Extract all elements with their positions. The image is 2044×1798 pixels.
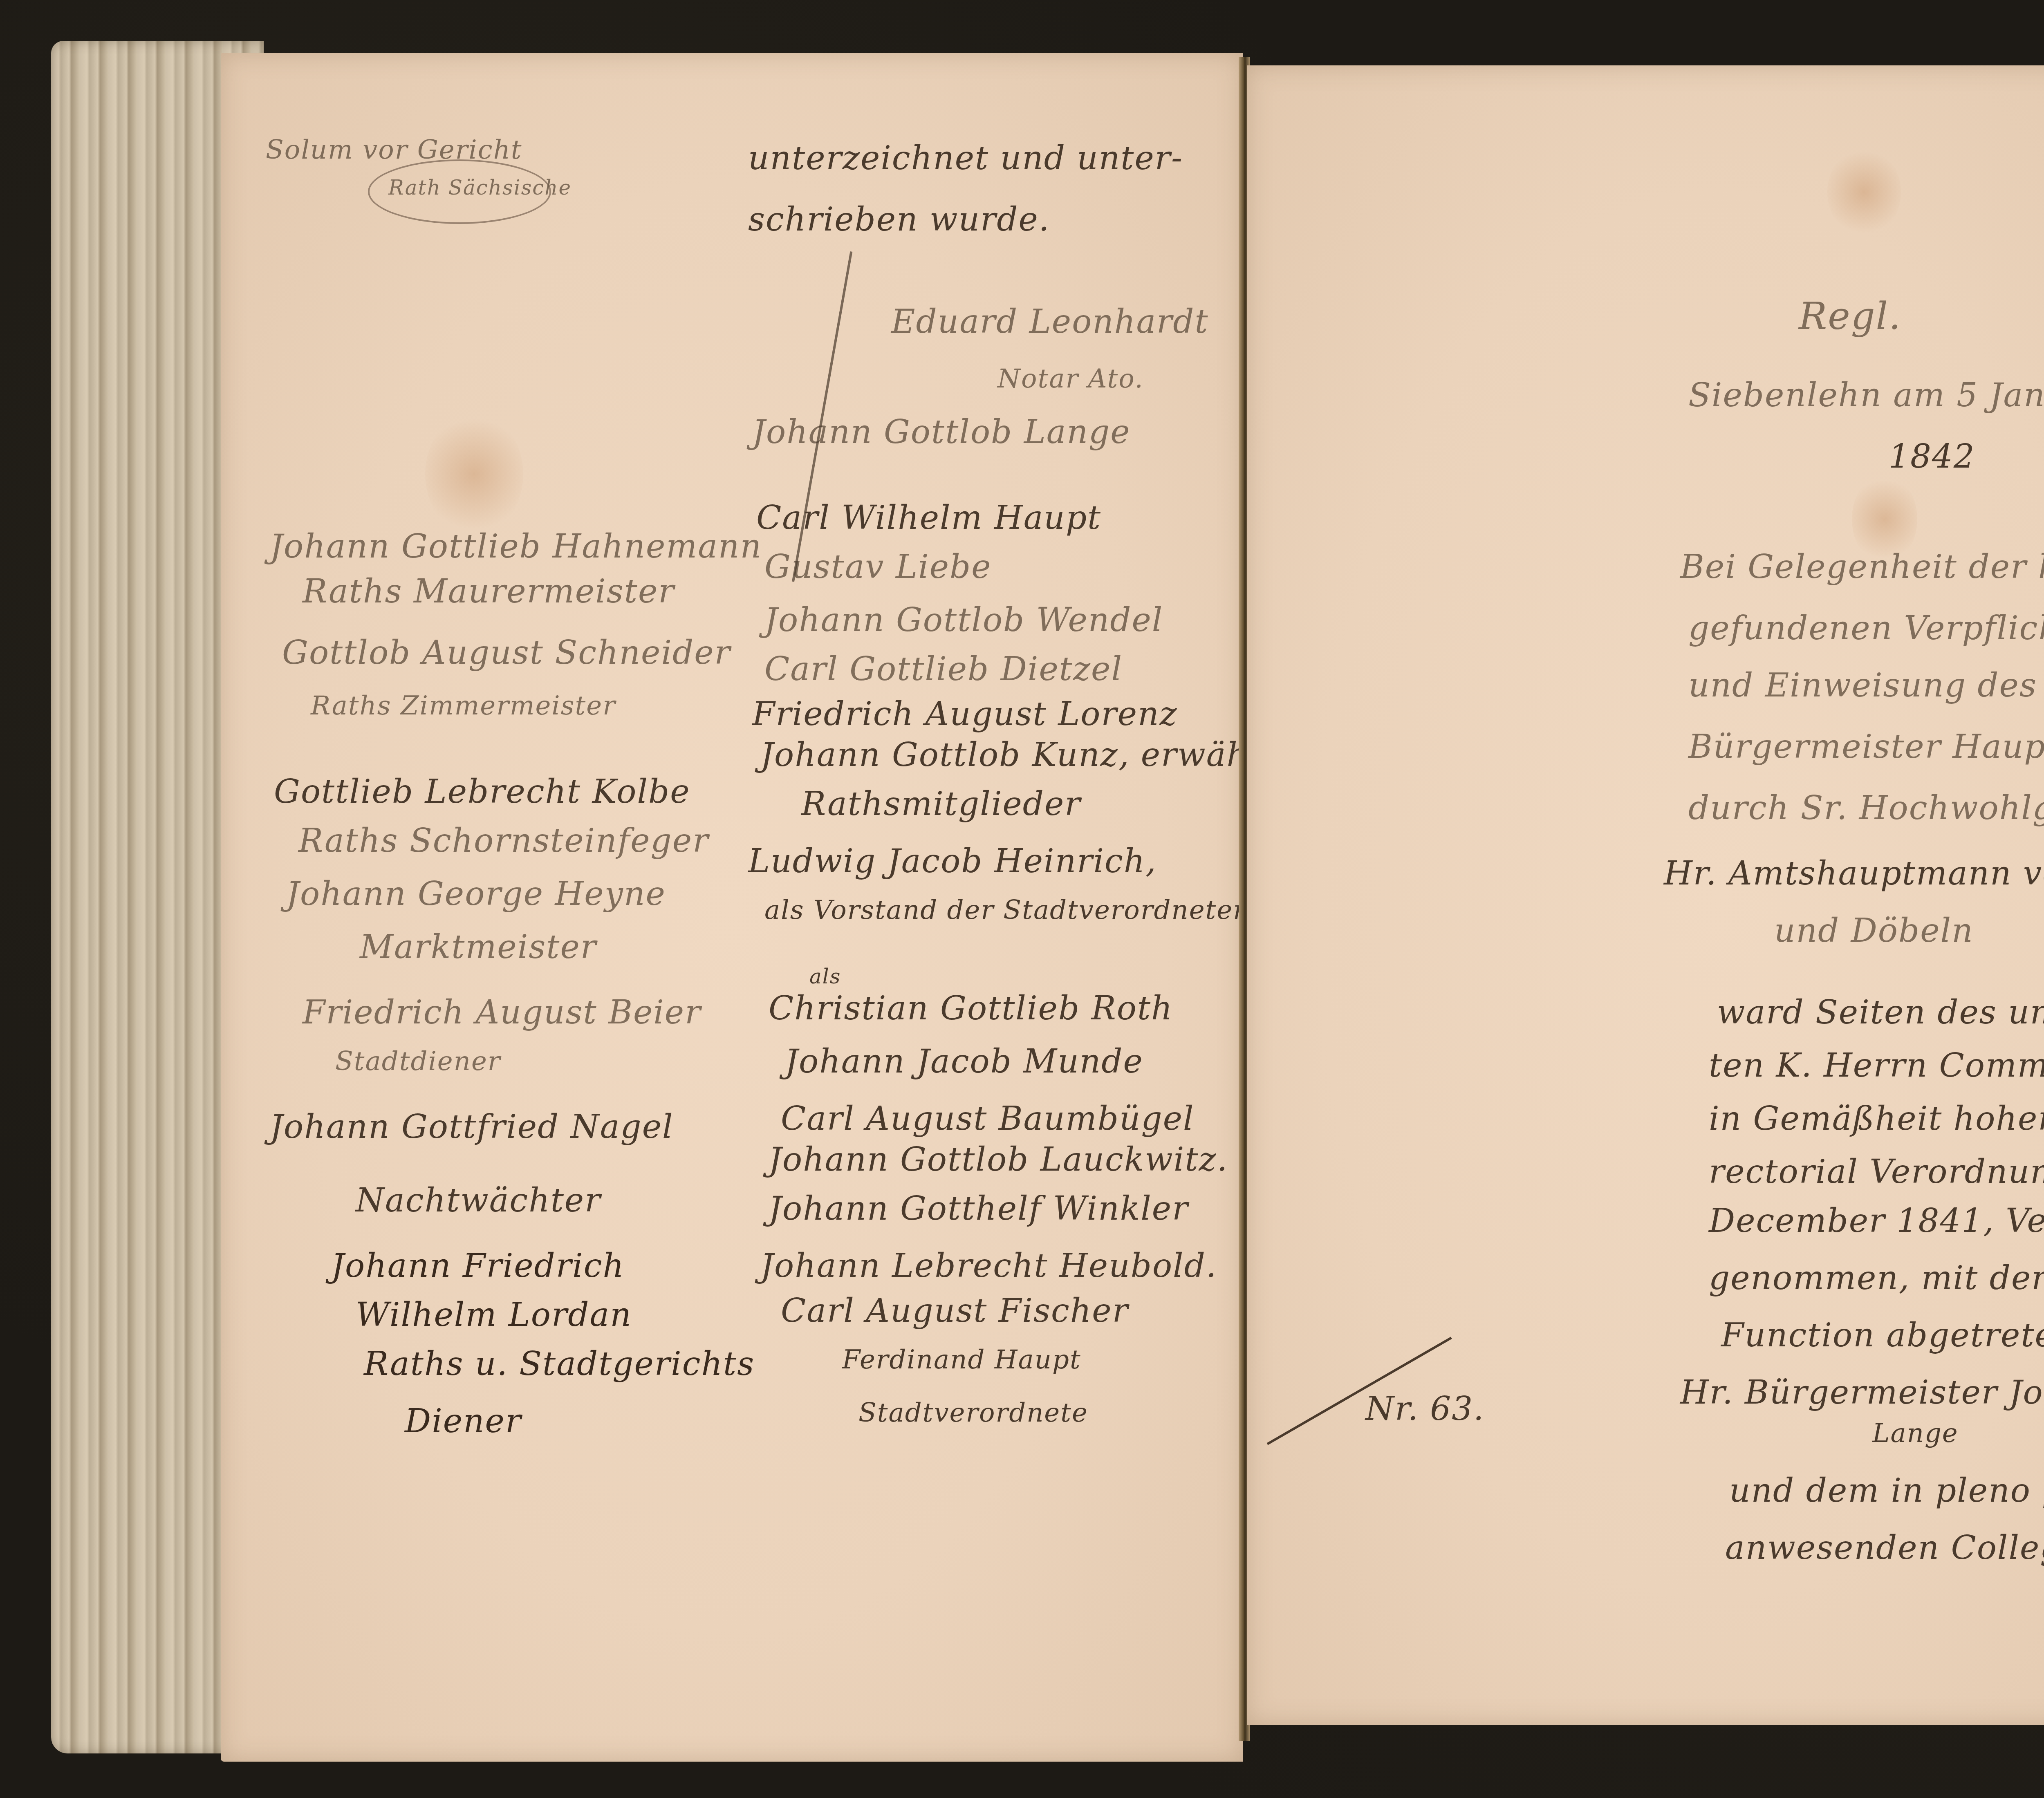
body-line: Bei Gelegenheit der heute statt	[1680, 548, 2044, 586]
signature-line: Wilhelm Lordan	[356, 1296, 632, 1334]
signature-line: Carl August Baumbügel	[781, 1099, 1195, 1137]
signature-line: Friedrich August Lorenz	[752, 695, 1178, 733]
signature-line: Johann George Heyne	[286, 875, 666, 913]
signature-line: Christian Gottlieb Roth	[769, 989, 1173, 1027]
left-page: Solum vor Gericht Rath Sächsische unterz…	[221, 53, 1243, 1762]
body-line: December 1841, Veranlassung	[1709, 1202, 2044, 1240]
signature-line: Johann Jacob Munde	[785, 1042, 1143, 1080]
signature-line: Johann Gottlob Wendel	[764, 601, 1163, 639]
signature-line: Diener	[405, 1402, 522, 1440]
top-left-note-line-2: Rath Sächsische	[388, 176, 572, 199]
signature-line: Marktmeister	[360, 928, 597, 966]
signature-line: Raths Schornsteinfeger	[298, 822, 709, 860]
signature-line: Johann Lebrecht Heubold.	[760, 1247, 1217, 1285]
signature-line: Raths Zimmermeister	[311, 691, 616, 721]
body-line: Hr. Bürgermeister Johann Christian	[1680, 1373, 2044, 1411]
body-line: anwesenden Collegio des Stadt-	[1725, 1529, 2044, 1567]
water-stain	[1827, 147, 1901, 237]
signature-line: Stadtdiener	[335, 1046, 501, 1077]
body-line-1: unterzeichnet und unter-	[748, 139, 1183, 177]
body-line: durch Sr. Hochwohlgeboren	[1688, 789, 2044, 827]
signature-line: Johann Gottlob Lange	[752, 413, 1131, 451]
signature-line: Raths Maurermeister	[303, 572, 675, 610]
body-line: Lange	[1872, 1418, 1959, 1449]
water-stain	[425, 413, 523, 535]
signature-line: Stadtverordnete	[858, 1398, 1088, 1428]
signature-line: Johann Gottlob Lauckwitz.	[769, 1140, 1228, 1178]
year-line: 1842	[1889, 437, 1975, 475]
signature-line: Notar Ato.	[997, 364, 1144, 394]
body-line-2: schrieben wurde.	[748, 200, 1050, 238]
right-page: 129 Regl. Siebenlehn am 5 Januar 1842 Be…	[1247, 65, 2044, 1725]
signature-line: als	[809, 965, 841, 988]
signature-line: Ferdinand Haupt	[842, 1345, 1081, 1375]
signature-line: Johann Gottfried Nagel	[270, 1108, 674, 1146]
margin-number-mark: Nr. 63.	[1365, 1390, 1485, 1428]
body-line: und dem in pleno gleichzeitig	[1729, 1471, 2044, 1509]
signature-line: als Vorstand der Stadtverordneten	[764, 895, 1251, 925]
signature-line: Johann Friedrich	[331, 1247, 625, 1285]
signature-line: Carl Gottlieb Dietzel	[764, 650, 1123, 688]
signature-line: Johann Gottlob Kunz, erwählte	[760, 736, 1294, 774]
date-line: Siebenlehn am 5 Januar	[1688, 376, 2044, 414]
body-line: ward Seiten des unterzeichne-	[1717, 993, 2044, 1031]
body-line: Bürgermeister Haupt allhier	[1688, 728, 2044, 766]
body-line: ten K. Herrn Commissarii zugleich	[1709, 1046, 2044, 1084]
signature-line: Gottlieb Lebrecht Kolbe	[274, 772, 690, 811]
body-line: in Gemäßheit hoher Kreisdi-	[1709, 1099, 2044, 1137]
body-line: rectorial Verordnung vom 23	[1709, 1153, 2044, 1191]
body-line: Function abgetretenen	[1721, 1316, 2044, 1354]
signature-line: Eduard Leonhardt	[891, 302, 1209, 340]
signature-line: Raths u. Stadtgerichts	[364, 1345, 755, 1383]
signature-line: Ludwig Jacob Heinrich,	[748, 842, 1157, 880]
signature-line: Johann Gottlieb Hahnemann	[270, 527, 762, 565]
signature-line: Nachtwächter	[356, 1181, 601, 1219]
signature-line: Carl August Fischer	[781, 1292, 1129, 1330]
document-heading: Regl.	[1799, 294, 1901, 338]
body-line: Hr. Amtshauptmann von Egidy	[1664, 854, 2044, 892]
body-line: genommen, mit dem von seiner	[1709, 1259, 2044, 1297]
signature-line: Carl Wilhelm Haupt	[756, 499, 1101, 537]
body-line: und Einweisung des Herrn,	[1688, 666, 2044, 704]
body-line: gefundenen Verpflichtung	[1688, 609, 2044, 647]
body-line: und Döbeln	[1774, 911, 1974, 949]
signature-line: Johann Gotthelf Winkler	[769, 1189, 1188, 1227]
signature-line: Friedrich August Beier	[303, 993, 701, 1031]
signature-line: Gottlob August Schneider	[282, 634, 731, 672]
signature-line: Rathsmitglieder	[801, 785, 1081, 823]
